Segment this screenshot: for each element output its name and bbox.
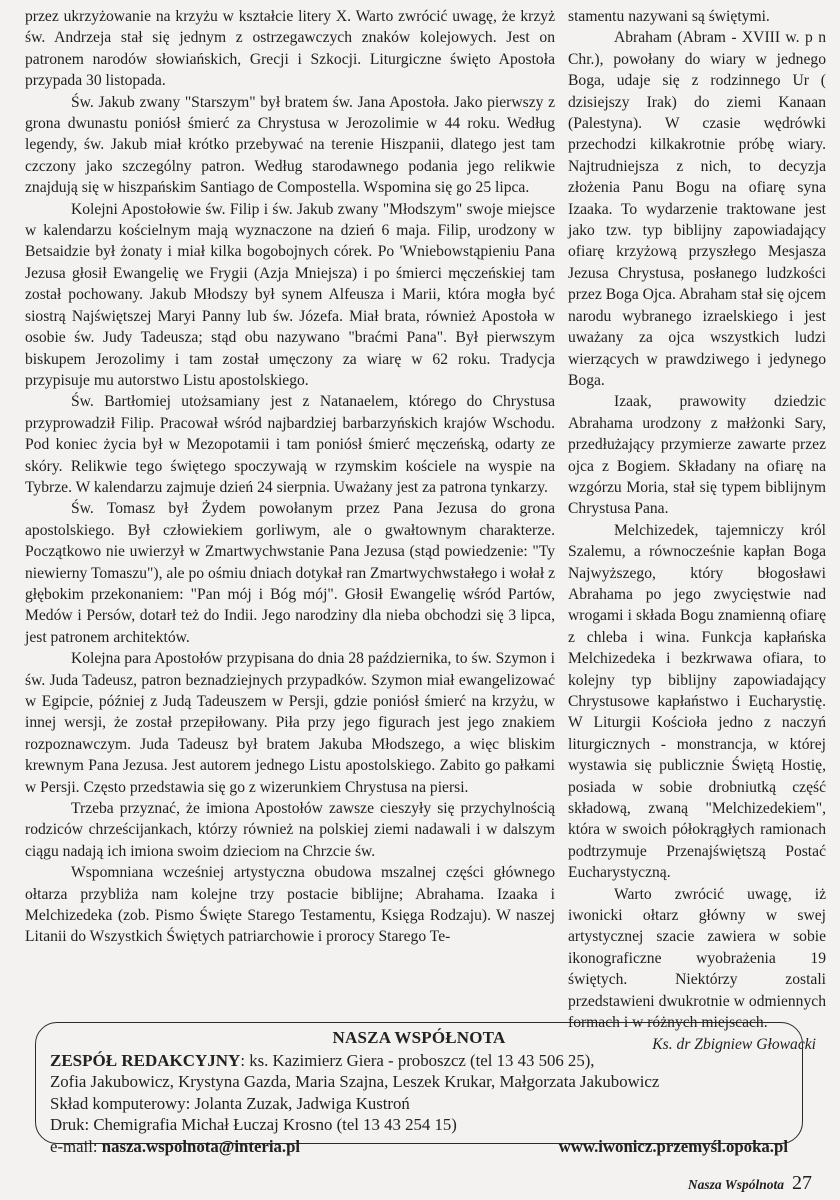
email-contact: e-mail: nasza.wspolnota@interia.pl (50, 1136, 300, 1158)
paragraph: Św. Jakub zwany "Starszym" był bratem św… (25, 92, 555, 199)
website-link[interactable]: www.iwonicz.przemyśl.opoka.pl (559, 1136, 788, 1158)
typesetting-credit: Skład komputerowy: Jolanta Zuzak, Jadwig… (50, 1093, 788, 1115)
contact-row: e-mail: nasza.wspolnota@interia.pl www.i… (50, 1136, 788, 1158)
paragraph: stamentu nazywani są świętymi. (568, 6, 826, 27)
paragraph: Warto zwrócić uwagę, iż iwonicki ołtarz … (568, 884, 826, 1034)
paragraph: Kolejna para Apostołów przypisana do dni… (25, 648, 555, 798)
paragraph: Melchizedek, tajemniczy król Szalemu, a … (568, 520, 826, 884)
team-label: ZESPÓŁ REDAKCYJNY (50, 1051, 240, 1070)
paragraph: Kolejni Apostołowie św. Filip i św. Jaku… (25, 199, 555, 392)
box-title: NASZA WSPÓŁNOTA (50, 1027, 788, 1049)
article-right-column: stamentu nazywani są świętymi. Abraham (… (568, 6, 826, 1055)
publication-name: Nasza Wspólnota (688, 1177, 784, 1193)
page-footer: Nasza Wspólnota 27 (688, 1172, 812, 1195)
paragraph: Trzeba przyznać, że imiona Apostołów zaw… (25, 798, 555, 862)
paragraph: Wspomniana wcześniej artystyczna obudowa… (25, 862, 555, 948)
team-lead: : ks. Kazimierz Giera - proboszcz (tel 1… (240, 1051, 594, 1070)
printing-credit: Druk: Chemigrafia Michał Łuczaj Krosno (… (50, 1114, 788, 1136)
paragraph: przez ukrzyżowanie na krzyżu w kształcie… (25, 6, 555, 92)
email-link[interactable]: nasza.wspolnota@interia.pl (102, 1137, 300, 1156)
editorial-info-box: NASZA WSPÓŁNOTA ZESPÓŁ REDAKCYJNY: ks. K… (35, 1022, 803, 1144)
article-left-column: przez ukrzyżowanie na krzyżu w kształcie… (25, 6, 555, 948)
editorial-team-row: ZESPÓŁ REDAKCYJNY: ks. Kazimierz Giera -… (50, 1050, 788, 1072)
magazine-page: przez ukrzyżowanie na krzyżu w kształcie… (0, 0, 840, 1200)
paragraph: Izaak, prawowity dziedzic Abrahama urodz… (568, 391, 826, 519)
email-label: e-mail: (50, 1137, 102, 1156)
page-number: 27 (792, 1172, 812, 1195)
paragraph: Św. Bartłomiej utożsamiany jest z Natana… (25, 391, 555, 498)
team-members: Zofia Jakubowicz, Krystyna Gazda, Maria … (50, 1071, 788, 1093)
paragraph: Abraham (Abram - XVIII w. p n Chr.), pow… (568, 27, 826, 391)
paragraph: Św. Tomasz był Żydem powołanym przez Pan… (25, 498, 555, 648)
